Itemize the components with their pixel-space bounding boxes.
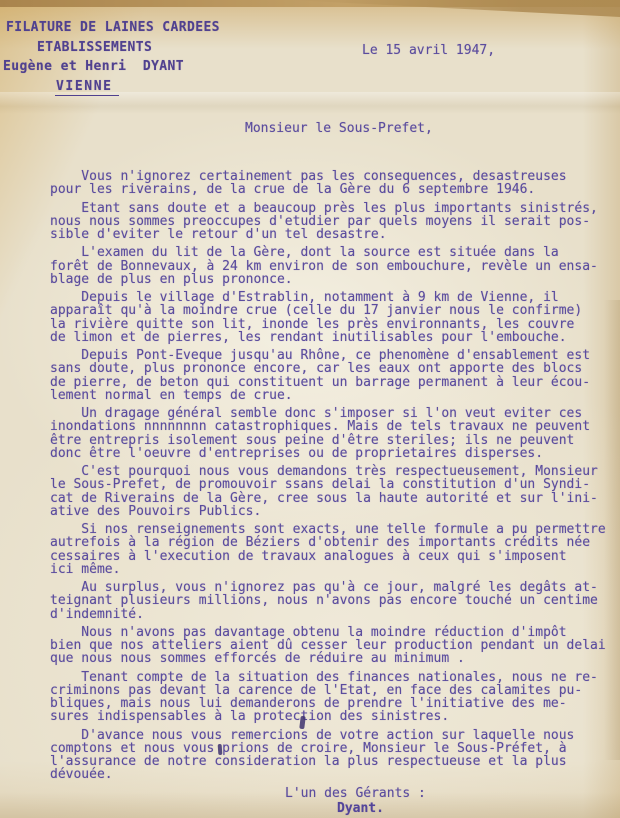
paragraph: Un dragage général semble donc s'imposer… (50, 407, 616, 460)
paragraph: Tenant compte de la situation des financ… (50, 671, 616, 724)
signature-name: Dyant. (337, 801, 384, 816)
paragraph: Vous n'ignorez certainement pas les cons… (50, 170, 616, 197)
paragraph: Si nos renseignements sont exacts, une t… (50, 523, 616, 576)
ink-blot (218, 744, 223, 755)
letterhead-owners: Eugène et Henri DYANT (3, 59, 184, 74)
paragraph: Depuis Pont-Eveque jusqu'au Rhône, ce ph… (50, 349, 616, 402)
paragraph: Nous n'avons pas davantage obtenu la moi… (50, 626, 616, 666)
paragraph: Au surplus, vous n'ignorez pas qu'à ce j… (50, 581, 616, 621)
paragraph: Etant sans doute et a beaucoup près les … (50, 202, 616, 242)
paragraph: C'est pourquoi nous vous demandons très … (50, 465, 616, 518)
paragraph: L'examen du lit de la Gère, dont la sour… (50, 246, 616, 286)
salutation: Monsieur le Sous-Prefet, (245, 121, 433, 136)
letter-body: Vous n'ignorez certainement pas les cons… (50, 170, 616, 787)
letterhead-city-line: VIENNE (55, 79, 119, 94)
paragraph: D'avance nous vous remercions de votre a… (50, 729, 616, 782)
letterhead-etablissements: ETABLISSEMENTS (37, 40, 152, 55)
closing-role: L'un des Gérants : (285, 786, 426, 801)
letter-page: FILATURE DE LAINES CARDEES ETABLISSEMENT… (0, 0, 620, 818)
letter-date: Le 15 avril 1947, (362, 43, 495, 58)
paper-corner-edge (290, 0, 620, 17)
letterhead-city: VIENNE (55, 79, 119, 96)
company-name: FILATURE DE LAINES CARDEES (6, 20, 220, 35)
paragraph: Depuis le village d'Estrablin, notamment… (50, 291, 616, 344)
